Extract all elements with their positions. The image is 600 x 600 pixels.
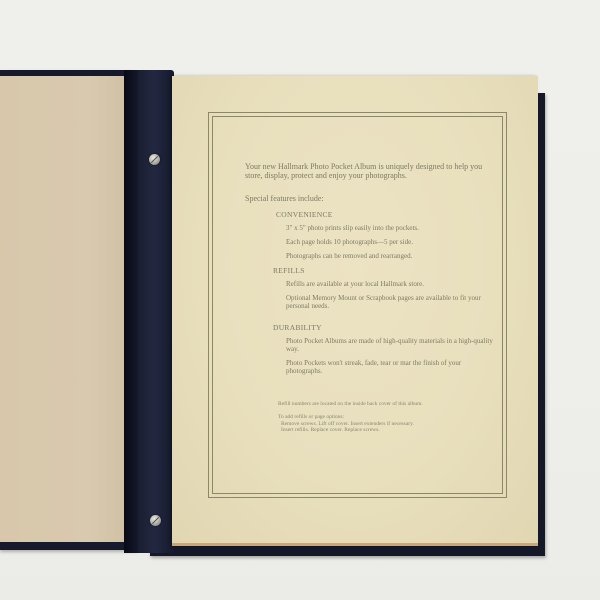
refill-instructions: Refill numbers are located on the inside… xyxy=(278,401,508,433)
list-item: 3" x 5" photo prints slip easily into th… xyxy=(286,224,496,232)
spine-fold xyxy=(124,70,138,553)
section-title-convenience: CONVENIENCE xyxy=(276,211,333,220)
list-item: Refills are available at your local Hall… xyxy=(286,280,496,288)
binding-screw-icon xyxy=(150,515,161,526)
list-item: Photo Pocket Albums are made of high-qua… xyxy=(286,337,496,353)
section-title-durability: DURABILITY xyxy=(273,324,322,333)
page-edge xyxy=(172,543,538,546)
features-label: Special features include: xyxy=(245,194,324,203)
inner-cover-board xyxy=(0,76,130,542)
instruction-line: Insert refills. Replace cover. Replace s… xyxy=(278,427,508,433)
intro-paragraph: Your new Hallmark Photo Pocket Album is … xyxy=(245,162,495,180)
section-items-refills: Refills are available at your local Hall… xyxy=(286,280,496,316)
list-item: Photo Pockets won't streak, fade, tear o… xyxy=(286,359,496,375)
list-item: Each page holds 10 photographs—5 per sid… xyxy=(286,238,496,246)
section-items-durability: Photo Pocket Albums are made of high-qua… xyxy=(286,337,496,381)
section-items-convenience: 3" x 5" photo prints slip easily into th… xyxy=(286,224,496,266)
photo-album-scene: Your new Hallmark Photo Pocket Album is … xyxy=(0,0,600,600)
refill-note: Refill numbers are located on the inside… xyxy=(278,401,508,407)
section-title-refills: REFILLS xyxy=(273,267,305,276)
list-item: Photographs can be removed and rearrange… xyxy=(286,252,496,260)
instruction-page: Your new Hallmark Photo Pocket Album is … xyxy=(172,76,538,546)
binding-screw-icon xyxy=(149,154,160,165)
list-item: Optional Memory Mount or Scrapbook pages… xyxy=(286,294,496,310)
